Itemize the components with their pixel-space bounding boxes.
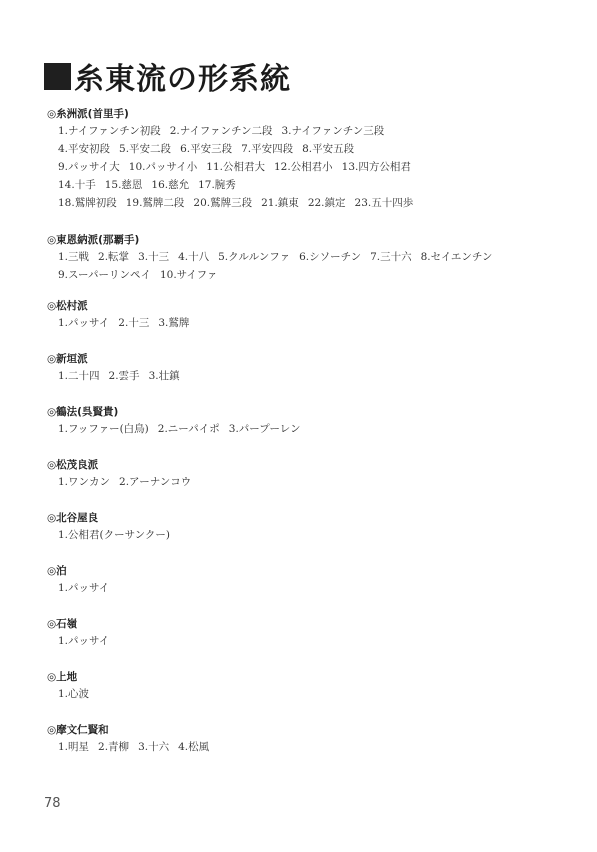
lineage-section: ◎上地1.心波	[47, 669, 98, 703]
section-header: ◎石嶺	[47, 616, 118, 632]
kata-item: 14.十手	[58, 179, 96, 191]
kata-item: 2.雲手	[109, 370, 140, 382]
kata-line: 9.スーパーリンペイ10.サイファ	[58, 266, 501, 284]
lineage-section: ◎東恩納派(那覇手)1.三戦2.転掌3.十三4.十八5.クルルンファ6.シソーチ…	[47, 232, 501, 284]
kata-item: 5.平安二段	[119, 143, 171, 155]
kata-item: 8.セイエンチン	[421, 251, 493, 263]
kata-lines: 1.公相君(クーサンクー)	[58, 526, 179, 544]
lineage-section: ◎北谷屋良1.公相君(クーサンクー)	[47, 510, 179, 544]
kata-item: 22.鎮定	[308, 197, 346, 209]
kata-item: 1.パッサイ	[58, 582, 109, 594]
lineage-section: ◎松茂良派1.ワンカン2.アーナンコウ	[47, 457, 200, 491]
kata-item: 10.サイファ	[160, 269, 217, 281]
kata-line: 1.心波	[58, 685, 98, 703]
kata-item: 3.壮鎮	[149, 370, 180, 382]
kata-item: 17.腕秀	[198, 179, 236, 191]
kata-lines: 1.パッサイ	[58, 579, 118, 597]
section-header: ◎東恩納派(那覇手)	[47, 232, 501, 248]
kata-lines: 1.ナイファンチン初段2.ナイファンチン二段3.ナイファンチン三段4.平安初段5…	[58, 122, 422, 212]
kata-item: 1.パッサイ	[58, 635, 109, 647]
kata-line: 1.明星2.青柳3.十六4.松風	[58, 738, 218, 756]
kata-lines: 1.二十四2.雲手3.壮鎮	[58, 367, 189, 385]
kata-item: 19.鷲牌二段	[126, 197, 185, 209]
kata-line: 9.パッサイ大10.パッサイ小11.公相君大12.公相君小13.四方公相君	[58, 158, 422, 176]
kata-item: 23.五十四歩	[355, 197, 414, 209]
kata-item: 1.明星	[58, 741, 89, 753]
kata-item: 4.松風	[178, 741, 209, 753]
kata-item: 1.ワンカン	[58, 476, 110, 488]
kata-lines: 1.パッサイ	[58, 632, 118, 650]
page-title: 糸東流の形系統	[44, 54, 291, 98]
kata-item: 2.転掌	[98, 251, 129, 263]
page-number: 78	[44, 796, 61, 811]
section-header: ◎摩文仁賢和	[47, 722, 218, 738]
kata-lines: 1.明星2.青柳3.十六4.松風	[58, 738, 218, 756]
section-header: ◎松茂良派	[47, 457, 200, 473]
kata-item: 3.十三	[138, 251, 169, 263]
kata-item: 3.ナイファンチン三段	[281, 125, 384, 137]
kata-item: 2.十三	[118, 317, 149, 329]
kata-lines: 1.パッサイ2.十三3.鷲牌	[58, 314, 198, 332]
kata-item: 16.慈允	[151, 179, 189, 191]
kata-item: 6.シソーチン	[299, 251, 361, 263]
kata-item: 15.慈恩	[105, 179, 143, 191]
kata-line: 1.パッサイ	[58, 579, 118, 597]
kata-line: 18.鷲牌初段19.鷲牌二段20.鷲牌三段21.鎮東22.鎮定23.五十四歩	[58, 194, 422, 212]
kata-item: 10.パッサイ小	[129, 161, 197, 173]
lineage-section: ◎泊1.パッサイ	[47, 563, 118, 597]
kata-lines: 1.心波	[58, 685, 98, 703]
kata-item: 8.平安五段	[302, 143, 354, 155]
kata-line: 1.二十四2.雲手3.壮鎮	[58, 367, 189, 385]
kata-line: 1.ワンカン2.アーナンコウ	[58, 473, 200, 491]
kata-item: 12.公相君小	[274, 161, 333, 173]
section-header: ◎新垣派	[47, 351, 189, 367]
black-square-icon	[44, 63, 71, 90]
page-title-text: 糸東流の形系統	[74, 54, 291, 98]
kata-item: 3.パープーレン	[229, 423, 301, 435]
kata-lines: 1.ワンカン2.アーナンコウ	[58, 473, 200, 491]
kata-item: 2.アーナンコウ	[119, 476, 191, 488]
lineage-section: ◎石嶺1.パッサイ	[47, 616, 118, 650]
kata-item: 1.心波	[58, 688, 89, 700]
kata-item: 2.青柳	[98, 741, 129, 753]
kata-item: 13.四方公相君	[342, 161, 411, 173]
section-header: ◎松村派	[47, 298, 198, 314]
kata-line: 1.三戦2.転掌3.十三4.十八5.クルルンファ6.シソーチン7.三十六8.セイ…	[58, 248, 501, 266]
section-header: ◎糸洲派(首里手)	[47, 106, 422, 122]
kata-item: 21.鎮東	[261, 197, 299, 209]
section-header: ◎泊	[47, 563, 118, 579]
kata-item: 3.鷲牌	[158, 317, 189, 329]
kata-item: 6.平安三段	[180, 143, 232, 155]
kata-item: 9.パッサイ大	[58, 161, 120, 173]
kata-item: 1.ナイファンチン初段	[58, 125, 161, 137]
lineage-section: ◎新垣派1.二十四2.雲手3.壮鎮	[47, 351, 189, 385]
kata-item: 4.平安初段	[58, 143, 110, 155]
kata-item: 7.三十六	[370, 251, 412, 263]
kata-item: 3.十六	[138, 741, 169, 753]
kata-item: 18.鷲牌初段	[58, 197, 117, 209]
kata-item: 1.三戦	[58, 251, 89, 263]
kata-item: 4.十八	[178, 251, 209, 263]
kata-item: 5.クルルンファ	[218, 251, 290, 263]
kata-item: 1.二十四	[58, 370, 100, 382]
lineage-section: ◎鶴法(呉賢貴)1.フッファー(白鳥)2.ニーパイポ3.パープーレン	[47, 404, 309, 438]
section-header: ◎鶴法(呉賢貴)	[47, 404, 309, 420]
kata-line: 1.公相君(クーサンクー)	[58, 526, 179, 544]
kata-item: 1.パッサイ	[58, 317, 109, 329]
lineage-section: ◎松村派1.パッサイ2.十三3.鷲牌	[47, 298, 198, 332]
lineage-section: ◎糸洲派(首里手)1.ナイファンチン初段2.ナイファンチン二段3.ナイファンチン…	[47, 106, 422, 212]
section-header: ◎上地	[47, 669, 98, 685]
kata-line: 4.平安初段5.平安二段6.平安三段7.平安四段8.平安五段	[58, 140, 422, 158]
kata-lines: 1.三戦2.転掌3.十三4.十八5.クルルンファ6.シソーチン7.三十六8.セイ…	[58, 248, 501, 284]
kata-item: 9.スーパーリンペイ	[58, 269, 151, 281]
kata-item: 20.鷲牌三段	[193, 197, 252, 209]
kata-item: 1.フッファー(白鳥)	[58, 423, 149, 435]
kata-item: 1.公相君(クーサンクー)	[58, 529, 170, 541]
section-header: ◎北谷屋良	[47, 510, 179, 526]
kata-item: 7.平安四段	[241, 143, 293, 155]
kata-line: 14.十手15.慈恩16.慈允17.腕秀	[58, 176, 422, 194]
kata-item: 11.公相君大	[206, 161, 265, 173]
kata-item: 2.ニーパイポ	[158, 423, 220, 435]
lineage-section: ◎摩文仁賢和1.明星2.青柳3.十六4.松風	[47, 722, 218, 756]
kata-line: 1.パッサイ2.十三3.鷲牌	[58, 314, 198, 332]
kata-line: 1.ナイファンチン初段2.ナイファンチン二段3.ナイファンチン三段	[58, 122, 422, 140]
kata-line: 1.フッファー(白鳥)2.ニーパイポ3.パープーレン	[58, 420, 309, 438]
kata-lines: 1.フッファー(白鳥)2.ニーパイポ3.パープーレン	[58, 420, 309, 438]
kata-line: 1.パッサイ	[58, 632, 118, 650]
kata-item: 2.ナイファンチン二段	[170, 125, 273, 137]
